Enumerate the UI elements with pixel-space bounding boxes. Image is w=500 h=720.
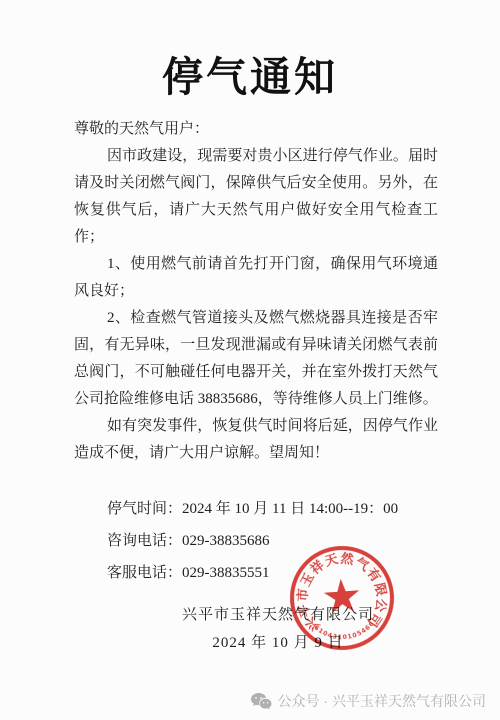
wechat-icon xyxy=(250,692,272,711)
paragraph-closing: 如有突发事件，恢复供气时间将后延，因停气作业造成不便，请广大用户谅解。望周知！ xyxy=(74,413,438,467)
paragraph-item-1: 1、使用燃气前请首先打开门窗，确保用气环境通风良好； xyxy=(74,251,438,305)
notice-body: 尊敬的天然气用户： 因市政建设，现需要对贵小区进行停气作业。届时请及时关闭燃气阀… xyxy=(0,102,500,657)
paragraph-intro: 因市政建设，现需要对贵小区进行停气作业。届时请及时关闭燃气阀门，保障供气后安全使… xyxy=(74,143,438,251)
notice-page: 停气通知 尊敬的天然气用户： 因市政建设，现需要对贵小区进行停气作业。届时请及时… xyxy=(0,0,500,720)
footer: 公众号 · 兴平玉祥天然气有限公司 xyxy=(250,691,486,711)
star-icon: ★ xyxy=(320,572,364,621)
consult-phone-line: 咨询电话：029-38835686 xyxy=(74,525,438,557)
stop-time-line: 停气时间：2024 年 10 月 11 日 14:00--19：00 xyxy=(74,493,438,525)
paragraph-item-2: 2、检查燃气管道接头及燃气燃烧器具连接是否牢固，有无异味，一旦发现泄漏或有异味请… xyxy=(74,305,438,413)
page-title: 停气通知 xyxy=(0,0,500,102)
salutation: 尊敬的天然气用户： xyxy=(74,116,438,143)
footer-text: 公众号 · 兴平玉祥天然气有限公司 xyxy=(278,691,486,711)
